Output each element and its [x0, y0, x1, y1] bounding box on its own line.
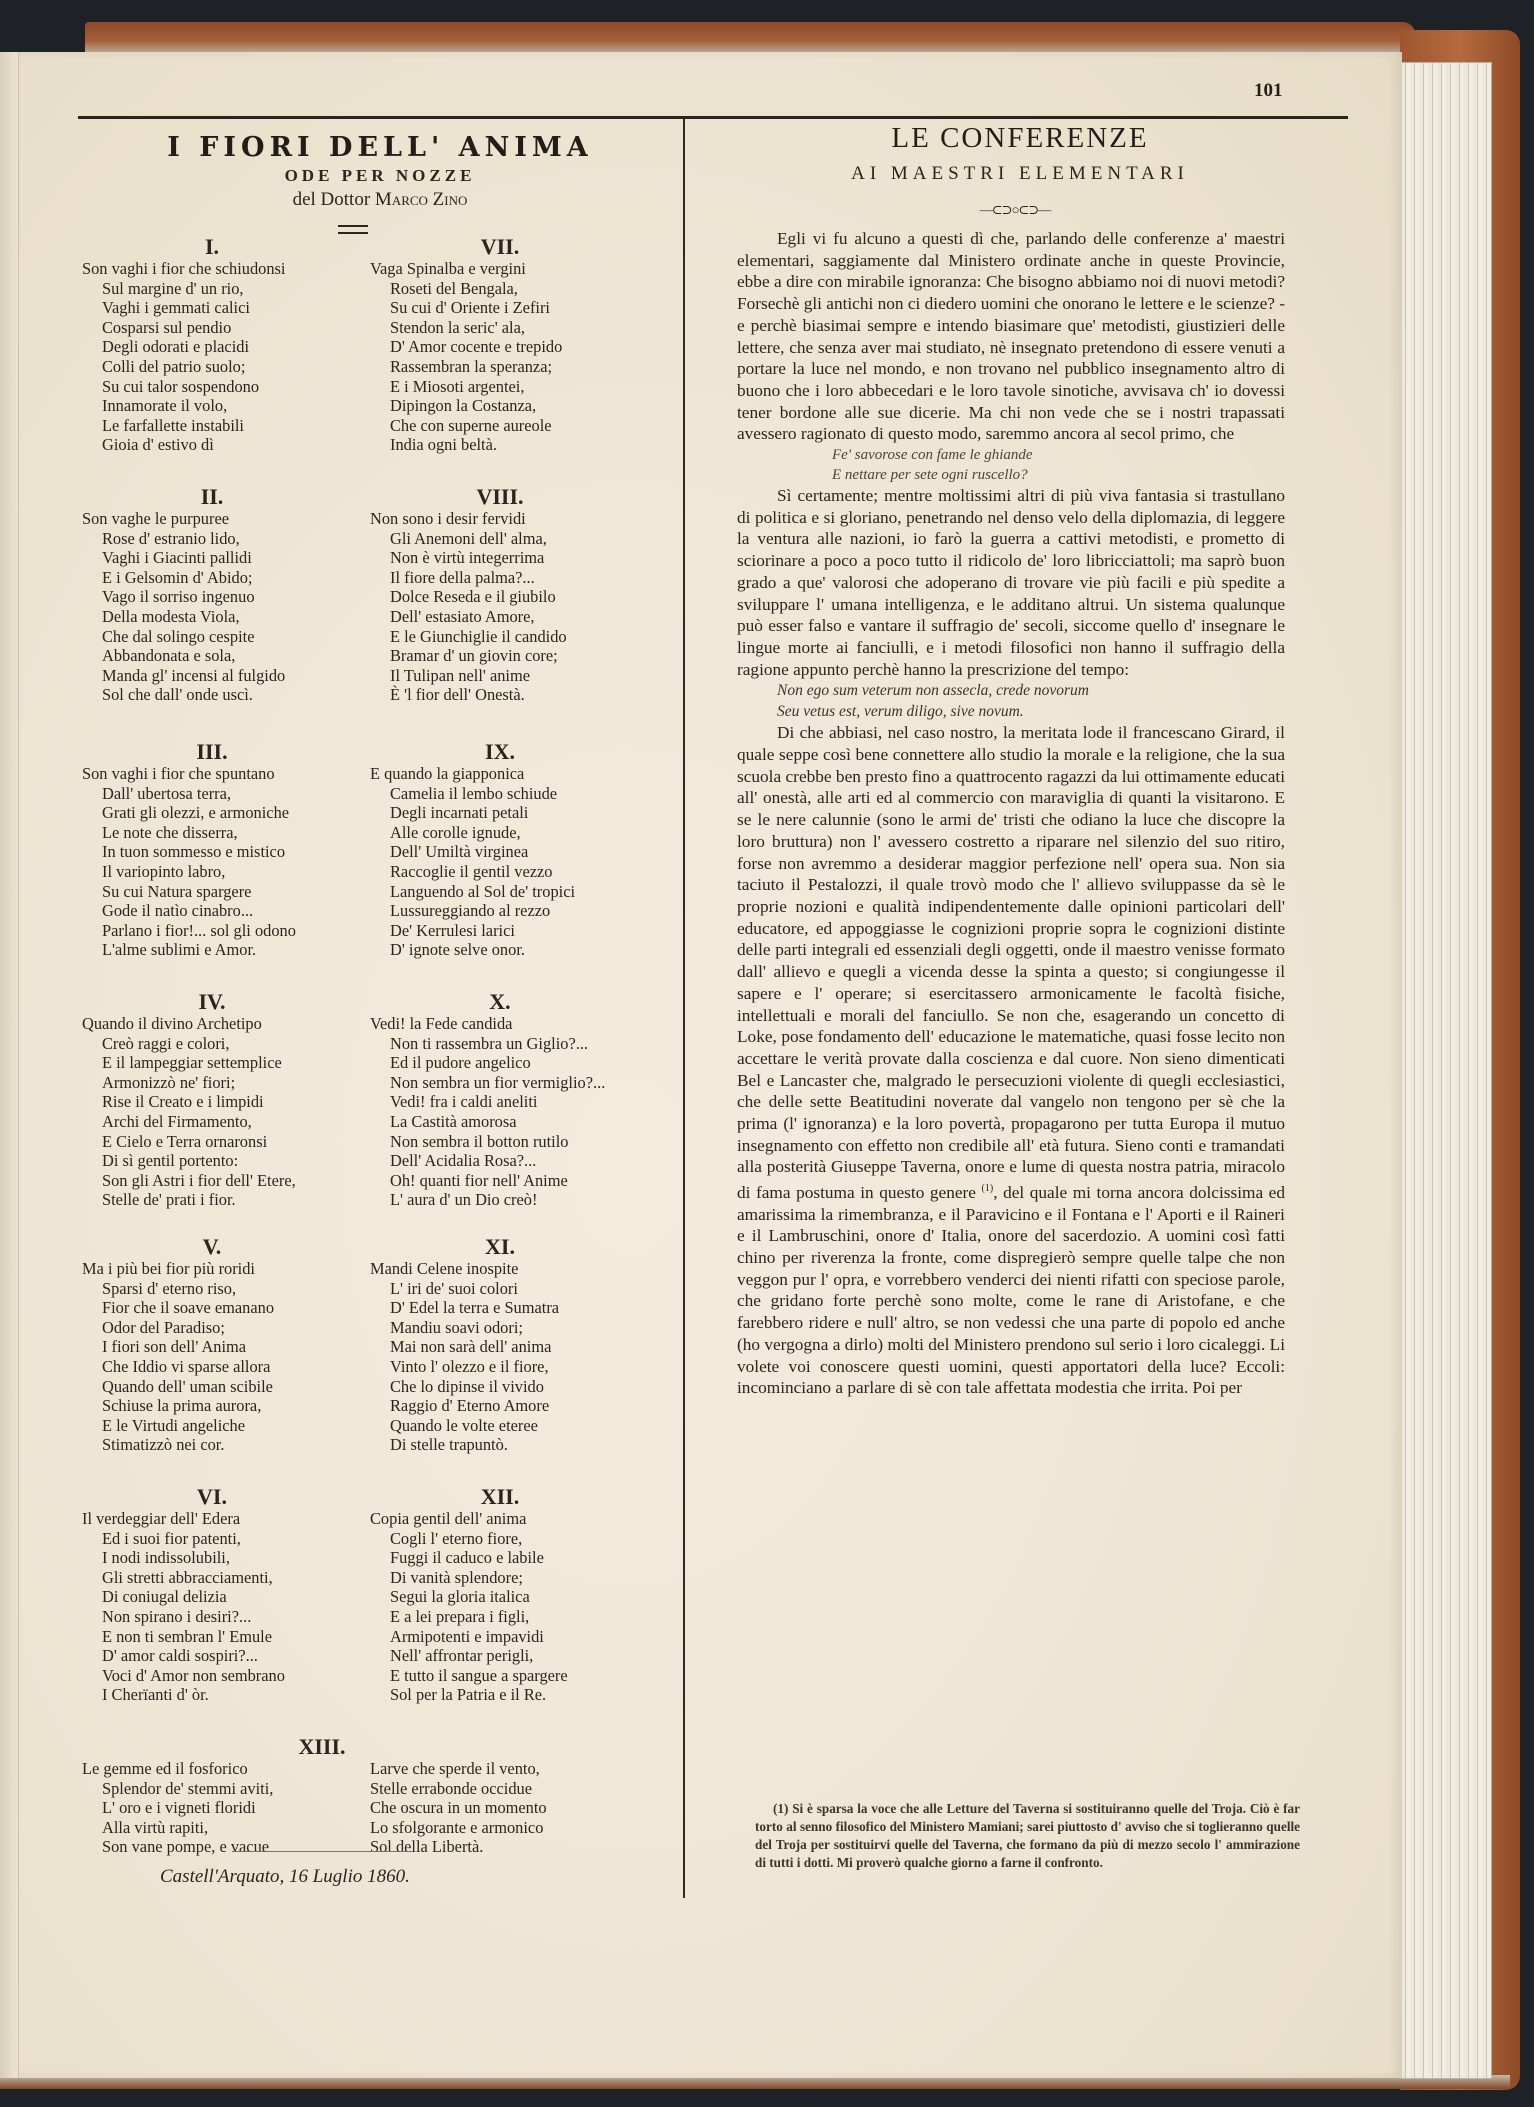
verse-line: Non sembra un fior vermiglio?... [370, 1073, 670, 1093]
verse-line: Stelle de' prati i fior. [82, 1190, 382, 1210]
verse-line: Archi del Firmamento, [82, 1112, 382, 1132]
verse-line: In tuon sommesso e mistico [82, 842, 382, 862]
verse-line: E quando la giapponica [370, 764, 670, 784]
verse-line: Cosparsi sul pendio [82, 318, 382, 338]
poem-subtitle: ODE PER NOZZE [80, 166, 680, 186]
article-paragraph: Sì certamente; mentre moltissimi altri d… [737, 485, 1285, 680]
verse-line: E Cielo e Terra ornaronsi [82, 1132, 382, 1152]
stanza-lines: Le gemme ed il fosforicoSplendor de' ste… [82, 1759, 682, 1857]
stanza-number: IX. [330, 740, 670, 764]
article-title: LE CONFERENZE [700, 122, 1340, 155]
verse-line: L' aura d' un Dio creò! [370, 1190, 670, 1210]
article-subtitle: AI MAESTRI ELEMENTARI [700, 163, 1340, 185]
verse-line: Innamorate il volo, [82, 396, 382, 416]
verse-line: Colli del patrio suolo; [82, 357, 382, 377]
stanza-lines: Il verdeggiar dell' EderaEd i suoi fior … [82, 1509, 382, 1705]
verse-line: Lussureggiando al rezzo [370, 901, 670, 921]
stanza-number: X. [330, 990, 670, 1014]
verse-line: Creò raggi e colori, [82, 1034, 382, 1054]
stanza-lines: Vaga Spinalba e verginiRoseti del Bengal… [370, 259, 670, 455]
verse-line: I Cherïanti d' òr. [82, 1685, 382, 1705]
verse-line: Gioia d' estivo dì [82, 435, 382, 455]
paragraph-text: , del quale mi torna ancora dolcissima e… [737, 1183, 1285, 1397]
verse-line: D' ignote selve onor. [370, 940, 670, 960]
verse-line: India ogni beltà. [370, 435, 670, 455]
verse-line: Vedi! la Fede candida [370, 1014, 670, 1034]
author-prefix: del Dottor [293, 189, 371, 210]
verse-line: Sparsi d' eterno riso, [82, 1279, 382, 1299]
verse-line: Di stelle trapuntò. [370, 1435, 670, 1455]
verse-line: Vedi! fra i caldi aneliti [370, 1092, 670, 1112]
verse-line: L' iri de' suoi colori [370, 1279, 670, 1299]
stanza: VI.Il verdeggiar dell' EderaEd i suoi fi… [82, 1485, 382, 1705]
verse-line: Bramar d' un giovin core; [370, 646, 670, 666]
verse-line: Della modesta Viola, [82, 607, 382, 627]
verse-line: Alle corolle ignude, [370, 823, 670, 843]
stanza: IX.E quando la giapponicaCamelia il lemb… [370, 740, 670, 960]
verse-line: Lo sfolgorante e armonico [370, 1818, 547, 1838]
verse-line: Armipotenti e impavidi [370, 1627, 670, 1647]
verse-line: De' Kerrulesi larici [370, 921, 670, 941]
verse-line: Gli Anemoni dell' alma, [370, 529, 670, 549]
stanza: X.Vedi! la Fede candidaNon ti rassembra … [370, 990, 670, 1210]
verse-line: I nodi indissolubili, [82, 1548, 382, 1568]
verse-line: L'alme sublimi e Amor. [82, 940, 382, 960]
verse-line: E a lei prepara i figli, [370, 1607, 670, 1627]
verse-line: Copia gentil dell' anima [370, 1509, 670, 1529]
stanza: XI.Mandi Celene inospiteL' iri de' suoi … [370, 1235, 670, 1455]
verse-line: Non spirano i desiri?... [82, 1607, 382, 1627]
verse-line: Cogli l' eterno fiore, [370, 1529, 670, 1549]
stanza-lines: Quando il divino ArchetipoCreò raggi e c… [82, 1014, 382, 1210]
verse-line: Manda gl' incensi al fulgido [82, 666, 382, 686]
verse-line: Che con superne aureole [370, 416, 670, 436]
stanza: IV.Quando il divino ArchetipoCreò raggi … [82, 990, 382, 1210]
latin-quote: Seu vetus est, verum diligo, sive novum. [737, 701, 1285, 722]
paragraph-text: Di che abbiasi, nel caso nostro, la meri… [737, 723, 1285, 1202]
verse-line: Grati gli olezzi, e armoniche [82, 803, 382, 823]
verse-line: Gli stretti abbracciamenti, [82, 1568, 382, 1588]
verse-line: È 'l fior dell' Onestà. [370, 685, 670, 705]
column-divider [683, 118, 685, 1898]
verse-line: Quando il divino Archetipo [82, 1014, 382, 1034]
verse-line: Su cui Natura spargere [82, 882, 382, 902]
footnote-marker: (1) [982, 1183, 994, 1194]
ornament-divider-icon: —⊂⊃○⊂⊃— [950, 202, 1080, 218]
stanza-number: VII. [330, 235, 670, 259]
verse-line: Dell' Umiltà virginea [370, 842, 670, 862]
verse-line: Son vaghi i fior che spuntano [82, 764, 382, 784]
stanza: XII.Copia gentil dell' animaCogli l' ete… [370, 1485, 670, 1705]
verse-line: E il lampeggiar settemplice [82, 1053, 382, 1073]
verse-line: Dall' ubertosa terra, [82, 784, 382, 804]
verse-line: Il Tulipan nell' anime [370, 666, 670, 686]
verse-line: Roseti del Bengala, [370, 279, 670, 299]
stanza-number: XI. [330, 1235, 670, 1259]
verse-line: E tutto il sangue a spargere [370, 1666, 670, 1686]
verse-line: E le Virtudi angeliche [82, 1416, 382, 1436]
poem-title: I FIORI DELL' ANIMA [80, 132, 680, 163]
verse-line: Sol che dall' onde uscì. [82, 685, 382, 705]
verse-line: D' Edel la terra e Sumatra [370, 1298, 670, 1318]
poem-author: del Dottor Marco Zino [80, 189, 680, 211]
stanza-number: VIII. [330, 485, 670, 509]
verse-line: Non sembra il botton rutilo [370, 1132, 670, 1152]
verse-line: Le farfallette instabili [82, 416, 382, 436]
stanza: III.Son vaghi i fior che spuntanoDall' u… [82, 740, 382, 960]
stanza-lines: Mandi Celene inospiteL' iri de' suoi col… [370, 1259, 670, 1455]
verse-line: Ed il pudore angelico [370, 1053, 670, 1073]
verse-line: Degli incarnati petali [370, 803, 670, 823]
stanza: I.Son vaghi i fior che schiudonsiSul mar… [82, 235, 382, 455]
stanza: XIII.Le gemme ed il fosforicoSplendor de… [82, 1735, 682, 1857]
verse-line: Languendo al Sol de' tropici [370, 882, 670, 902]
verse-line: Degli odorati e placidi [82, 337, 382, 357]
stanza: VIII.Non sono i desir fervidiGli Anemoni… [370, 485, 670, 705]
verse-line: Che Iddio vi sparse allora [82, 1357, 382, 1377]
verse-line: Ed i suoi fior patenti, [82, 1529, 382, 1549]
verse-line: Mandi Celene inospite [370, 1259, 670, 1279]
header-rule [78, 116, 1348, 119]
verse-line: Sul margine d' un rio, [82, 279, 382, 299]
stanza-lines: Son vaghi i fior che schiudonsiSul margi… [82, 259, 382, 455]
verse-line: Di vanità splendore; [370, 1568, 670, 1588]
verse-line: Ma i più bei fior più roridi [82, 1259, 382, 1279]
verse-line: Le note che disserra, [82, 823, 382, 843]
verse-line: Su cui talor sospendono [82, 377, 382, 397]
page-stack-edge [1400, 62, 1492, 2079]
article-body: Egli vi fu alcuno a questi dì che, parla… [737, 228, 1285, 1399]
verse-line: Rose d' estranio lido, [82, 529, 382, 549]
verse-line: I fiori son dell' Anima [82, 1337, 382, 1357]
stanza-lines: Copia gentil dell' animaCogli l' eterno … [370, 1509, 670, 1705]
quoted-verse: E nettare per sete ogni ruscello? [737, 465, 1285, 485]
verse-line: Il verdeggiar dell' Edera [82, 1509, 382, 1529]
verse-line: Larve che sperde il vento, [370, 1759, 547, 1779]
stanza: VII.Vaga Spinalba e verginiRoseti del Be… [370, 235, 670, 455]
author-name: Marco Zino [375, 189, 467, 210]
verse-line: E i Gelsomin d' Abido; [82, 568, 382, 588]
stanza-lines: Son vaghe le purpureeRose d' estranio li… [82, 509, 382, 705]
signature-rule [232, 1851, 412, 1852]
verse-line: Camelia il lembo schiude [370, 784, 670, 804]
verse-line: Vinto l' olezzo e il fiore, [370, 1357, 670, 1377]
quoted-verse: Fe' savorose con fame le ghiande [737, 445, 1285, 465]
verse-line: Parlano i fior!... sol gli odono [82, 921, 382, 941]
verse-line: Il variopinto labro, [82, 862, 382, 882]
poem-ornament [338, 225, 368, 234]
stanza-number: XII. [330, 1485, 670, 1509]
verse-line: Gode il natìo cinabro... [82, 901, 382, 921]
verse-line: Mai non sarà dell' anima [370, 1337, 670, 1357]
article-paragraph: Egli vi fu alcuno a questi dì che, parla… [737, 228, 1285, 445]
verse-line: Nell' affrontar perigli, [370, 1646, 670, 1666]
verse-line: Rassembran la speranza; [370, 357, 670, 377]
verse-line: Rise il Creato e i limpidi [82, 1092, 382, 1112]
verse-line: Schiuse la prima aurora, [82, 1396, 382, 1416]
verse-line: Non ti rassembra un Giglio?... [370, 1034, 670, 1054]
verse-line: Di coniugal delizia [82, 1587, 382, 1607]
stanza-lines: Son vaghi i fior che spuntanoDall' ubert… [82, 764, 382, 960]
verse-line: Non è virtù integerrima [370, 548, 670, 568]
verse-line: Sol della Libertà. [370, 1837, 547, 1857]
verse-line: Che lo dipinse il vivido [370, 1377, 670, 1397]
verse-line: Su cui d' Oriente i Zefiri [370, 298, 670, 318]
stanza-lines: Vedi! la Fede candidaNon ti rassembra un… [370, 1014, 670, 1210]
verse-line: Vaghi i Giacinti pallidi [82, 548, 382, 568]
verse-line: Sol per la Patria e il Re. [370, 1685, 670, 1705]
verse-line: Quando le volte eteree [370, 1416, 670, 1436]
verse-line: Il fiore della palma?... [370, 568, 670, 588]
verse-line: Dell' estasiato Amore, [370, 607, 670, 627]
verse-line: Odor del Paradiso; [82, 1318, 382, 1338]
verse-line: Non sono i desir fervidi [370, 509, 670, 529]
verse-line: Stimatizzò nei cor. [82, 1435, 382, 1455]
verse-line: E i Miosoti argentei, [370, 377, 670, 397]
verse-line: Stelle errabonde occidue [370, 1779, 547, 1799]
verse-line: Dell' Acidalia Rosa?... [370, 1151, 670, 1171]
footnote: (1) Si è sparsa la voce che alle Letture… [755, 1800, 1300, 1872]
verse-line: La Castità amorosa [370, 1112, 670, 1132]
verse-line: Vaga Spinalba e vergini [370, 259, 670, 279]
stanza-number: XIII. [82, 1735, 682, 1759]
article-paragraph: Di che abbiasi, nel caso nostro, la meri… [737, 722, 1285, 1399]
poem-signature: Castell'Arquato, 16 Luglio 1860. [160, 1866, 410, 1888]
verse-line: Son gli Astri i fior dell' Etere, [82, 1171, 382, 1191]
verse-line: Armonizzò ne' fiori; [82, 1073, 382, 1093]
stanza: II.Son vaghe le purpureeRose d' estranio… [82, 485, 382, 705]
verse-line: Voci d' Amor non sembrano [82, 1666, 382, 1686]
verse-line: Di sì gentil portento: [82, 1151, 382, 1171]
verse-line: Dipingon la Costanza, [370, 396, 670, 416]
verse-line: Mandiu soavi odori; [370, 1318, 670, 1338]
stanza-lines: Non sono i desir fervidiGli Anemoni dell… [370, 509, 670, 705]
verse-line: Fior che il soave emanano [82, 1298, 382, 1318]
footnote-text: (1) Si è sparsa la voce che alle Letture… [755, 1800, 1300, 1872]
verse-line: Segui la gloria italica [370, 1587, 670, 1607]
verse-line: Son vaghi i fior che schiudonsi [82, 259, 382, 279]
verse-line: Vaghi i gemmati calici [82, 298, 382, 318]
book-cover-top [85, 22, 1415, 54]
verse-line: Quando dell' uman scibile [82, 1377, 382, 1397]
verse-line: Che dal solingo cespite [82, 627, 382, 647]
verse-line: Fuggi il caduco e labile [370, 1548, 670, 1568]
stanza-lines: Ma i più bei fior più roridiSparsi d' et… [82, 1259, 382, 1455]
verse-line: Vago il sorriso ingenuo [82, 587, 382, 607]
verse-line: Abbandonata e sola, [82, 646, 382, 666]
latin-quote: Non ego sum veterum non assecla, crede n… [737, 680, 1285, 701]
page-number: 101 [1254, 80, 1283, 102]
verse-line: E le Giunchiglie il candido [370, 627, 670, 647]
verse-line: Son vaghe le purpuree [82, 509, 382, 529]
verse-line: E non ti sembran l' Emule [82, 1627, 382, 1647]
stanza: V.Ma i più bei fior più roridiSparsi d' … [82, 1235, 382, 1455]
stanza-lines: E quando la giapponicaCamelia il lembo s… [370, 764, 670, 960]
facing-page-edge [0, 52, 19, 2078]
verse-line: D' Amor cocente e trepido [370, 337, 670, 357]
verse-line: Stendon la seric' ala, [370, 318, 670, 338]
verse-line: Che oscura in un momento [370, 1798, 547, 1818]
verse-line: Raggio d' Eterno Amore [370, 1396, 670, 1416]
verse-line: D' amor caldi sospiri?... [82, 1646, 382, 1666]
verse-line: Raccoglie il gentil vezzo [370, 862, 670, 882]
verse-line: Oh! quanti fior nell' Anime [370, 1171, 670, 1191]
verse-line: Dolce Reseda e il giubilo [370, 587, 670, 607]
